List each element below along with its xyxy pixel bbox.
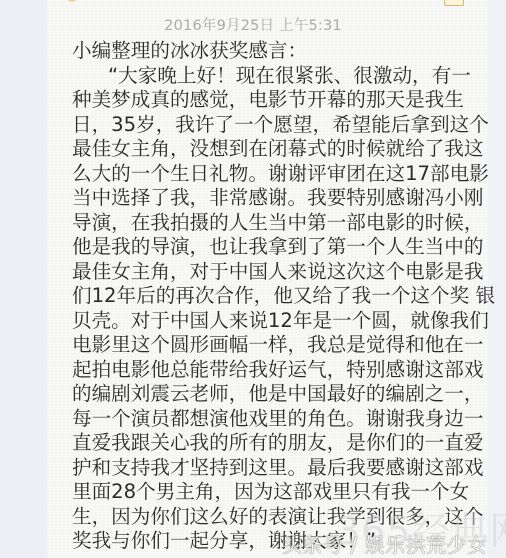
note-line: 最佳女主角，对于中国人来说这次这个电影是我: [72, 260, 464, 285]
note-line: 贝壳。对于中国人来说12年是一个圆，就像我们: [72, 309, 464, 334]
note-line: 起拍电影他总能带给我好运气，特别感谢这部戏: [72, 358, 464, 383]
note-line: 日，35岁，我许了一个愿望，希望能后拿到这个: [72, 113, 464, 138]
note-line: 的编剧刘震云老师，他是中国最好的编剧之一，: [72, 382, 464, 407]
note-body[interactable]: 小编整理的冰冰获奖感言： “大家晚上好！现在很紧张、很激动，有一 种美梦成真的感…: [72, 39, 464, 554]
note-line: 他是我的导演，也让我拿到了第一个人生当中的: [72, 235, 464, 260]
notes-app-screen: 2016年9月25日 上午5:31 小编整理的冰冰获奖感言： “大家晚上好！现在…: [0, 0, 506, 558]
note-line: 护和支持我才坚持到这里。最后我要感谢这部戏: [72, 456, 464, 481]
source-watermark: 头条号 / 娱乐拱荒少女: [282, 529, 487, 558]
note-line: 当中选择了我，非常感谢。我要特别感谢冯小刚: [72, 186, 464, 211]
note-line: 每一个演员都想演他戏里的角色。谢谢我身边一: [72, 407, 464, 432]
note-heading: 小编整理的冰冰获奖感言：: [72, 39, 464, 64]
note-line: “大家晚上好！现在很紧张、很激动，有一: [72, 64, 464, 89]
note-line: 们12年后的再次合作，他又给了我一个这个奖 银: [72, 284, 464, 309]
note-timestamp: 2016年9月25日 上午5:31: [0, 14, 506, 35]
note-line: 么大的一个生日礼物。谢谢评审团在这17部电影: [72, 162, 464, 187]
note-line: 最佳女主角，没想到在闭幕式的时候就给了我这: [72, 137, 464, 162]
note-line: 种美梦成真的感觉，电影节开幕的那天是我生: [72, 88, 464, 113]
note-line: 导演，在我拍摄的人生当中第一部电影的时候，: [72, 211, 464, 236]
compose-icon[interactable]: [444, 0, 464, 6]
left-margin-strip: [0, 0, 47, 558]
note-line: 电影里这个圆形画幅一样，我总是觉得和他在一: [72, 333, 464, 358]
right-margin-strip: [488, 0, 506, 558]
note-line: 直爱我跟关心我的所有的朋友，是你们的一直爱: [72, 431, 464, 456]
